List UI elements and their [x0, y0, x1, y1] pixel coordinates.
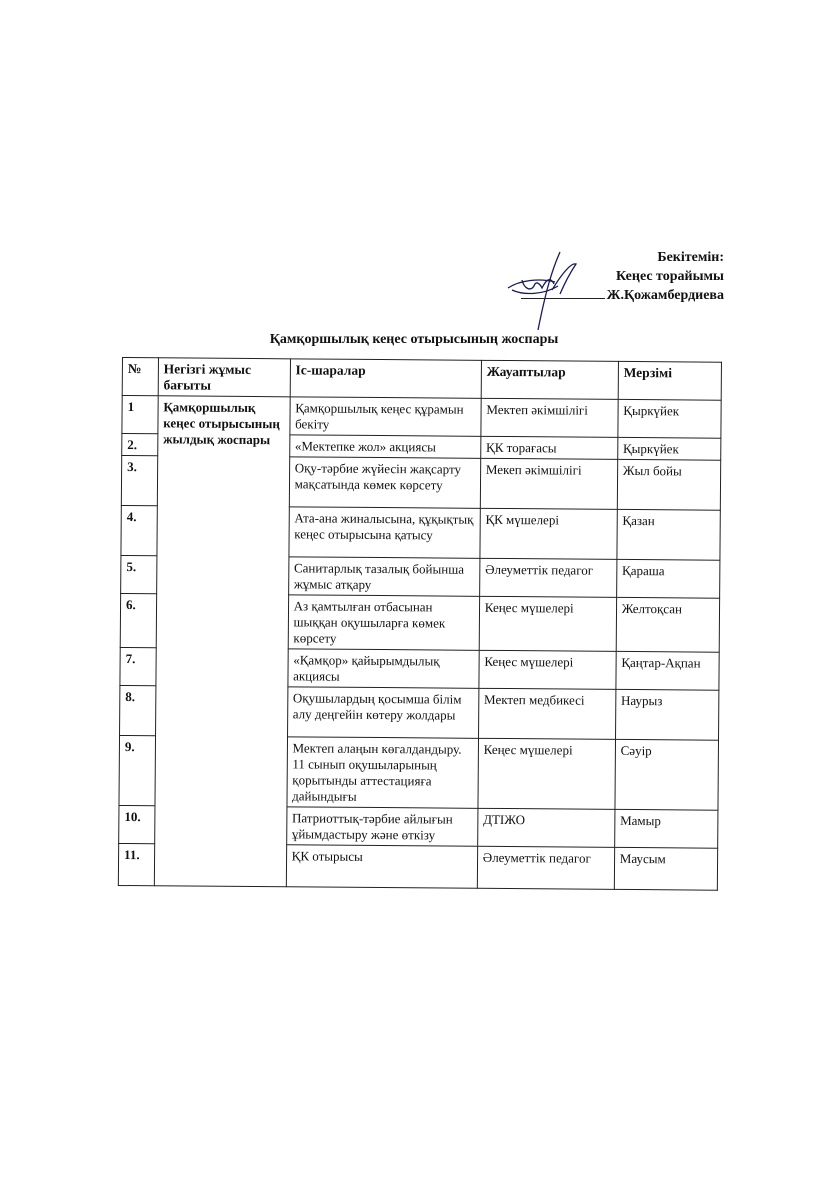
document-title: Қамқоршылық кеңес отырысының жоспары	[0, 332, 828, 348]
activity: «Мектепке жол» акциясы	[289, 435, 480, 459]
activity: Қамқоршылық кеңес құрамын бекіту	[290, 397, 481, 437]
row-number: 6.	[120, 593, 156, 647]
header-term: Мерзімі	[618, 361, 722, 400]
table-header-row: № Негізгі жұмыс бағыты Іс-шаралар Жауапт…	[122, 358, 721, 401]
responsible: Әлеуметтік педагог	[477, 846, 614, 889]
responsible: Мектеп әкімшілігі	[481, 398, 618, 437]
row-number: 10.	[119, 805, 155, 843]
activity: «Қамқор» қайырымдылық акциясы	[288, 649, 479, 689]
signature-line	[521, 298, 605, 299]
responsible: Кеңес мүшелері	[478, 738, 616, 809]
term: Желтоқсан	[616, 597, 720, 652]
activity: Оқушылардың қосымша білім алу деңгейін к…	[287, 687, 479, 738]
header-direction: Негізгі жұмыс бағыты	[158, 358, 290, 397]
activity: Ата-ана жиналысына, құқықтық кеңес отыры…	[289, 507, 481, 558]
responsible: Мекеп әкімшілігі	[480, 458, 617, 509]
activity: Патриоттық-тәрбие айлығын ұйымдастыру жә…	[286, 807, 477, 847]
row-number: 7.	[120, 647, 156, 685]
row-number: 11.	[118, 843, 154, 885]
term: Маусым	[614, 847, 718, 890]
work-direction: Қамқоршылық кеңес отырысының жылдық жосп…	[154, 396, 290, 887]
responsible: Кеңес мүшелері	[479, 650, 616, 689]
responsible: ДТІЖО	[477, 808, 614, 847]
approval-block: Бекітемін: Кеңес торайымы Ж.Қожамбердиев…	[521, 248, 724, 305]
responsible: ҚК торағасы	[480, 436, 617, 459]
term: Қараша	[616, 559, 720, 598]
activity: ҚК отырысы	[286, 845, 477, 888]
row-number: 4.	[121, 505, 157, 555]
row-number: 8.	[120, 685, 156, 735]
responsible: ҚК мүшелері	[480, 508, 617, 559]
header-activities: Іс-шаралар	[290, 359, 481, 399]
activity: Мектеп алаңын көгалдандыру. 11 сынып оқу…	[287, 737, 479, 808]
header-responsible: Жауаптылар	[481, 360, 618, 399]
activity: Санитарлық тазалық бойынша жұмыс атқару	[288, 557, 479, 597]
approver-position: Кеңес торайымы	[521, 267, 724, 286]
plan-table: № Негізгі жұмыс бағыты Іс-шаралар Жауапт…	[118, 357, 722, 891]
responsible: Мектеп медбикесі	[478, 688, 615, 739]
term: Жыл бойы	[617, 459, 721, 510]
term: Мамыр	[614, 809, 718, 848]
header-number: №	[122, 358, 158, 396]
approval-label: Бекітемін:	[521, 248, 724, 267]
activity: Оқу-тәрбие жүйесін жақсарту мақсатында к…	[289, 457, 481, 508]
row-number: 3.	[121, 456, 157, 506]
row-number: 9.	[119, 735, 155, 805]
term: Қаңтар-Ақпан	[616, 651, 720, 690]
row-number: 2.	[122, 434, 158, 456]
term: Қыркүйек	[617, 437, 720, 460]
term: Сәуір	[615, 739, 719, 810]
row-number: 5.	[121, 555, 157, 593]
table-row: 1Қамқоршылық кеңес отырысының жылдық жос…	[122, 396, 721, 439]
row-number: 1	[122, 396, 158, 434]
approver-name: Ж.Қожамбердиева	[607, 288, 724, 303]
term: Қыркүйек	[618, 399, 722, 438]
term: Қазан	[617, 509, 721, 560]
responsible: Әлеуметтік педагог	[479, 558, 616, 597]
term: Наурыз	[615, 689, 719, 740]
activity: Аз қамтылған отбасынан шыққан оқушыларға…	[288, 595, 480, 650]
responsible: Кеңес мүшелері	[479, 596, 616, 651]
